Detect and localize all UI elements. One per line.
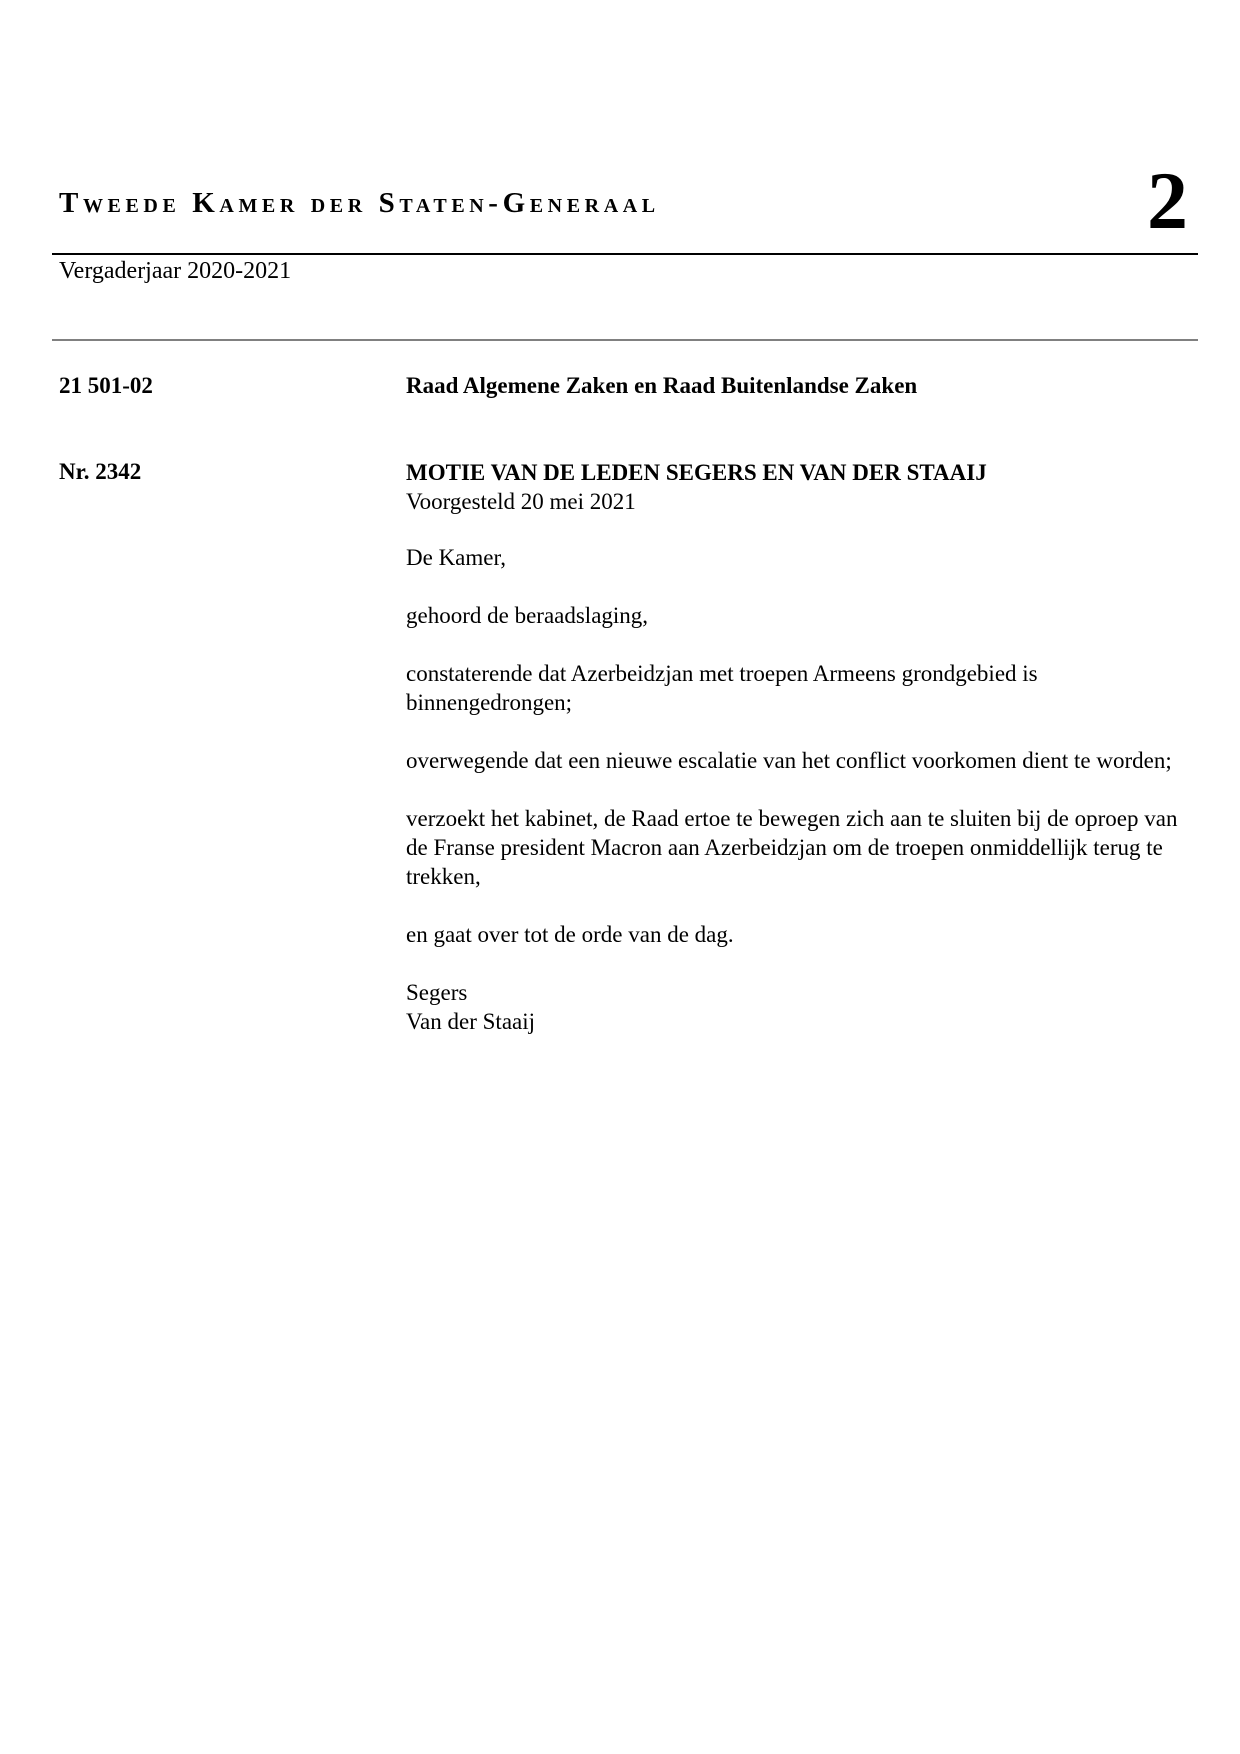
page-number: 2 (1147, 156, 1188, 246)
motion-paragraph: verzoekt het kabinet, de Raad ertoe te b… (406, 804, 1186, 891)
motion-paragraph: constaterende dat Azerbeidzjan met troep… (406, 659, 1186, 717)
motion-number: Nr. 2342 (59, 458, 141, 486)
motion-paragraph: De Kamer, (406, 543, 1186, 572)
signatory: Segers (406, 978, 1186, 1007)
motion-title: MOTIE VAN DE LEDEN SEGERS EN VAN DER STA… (406, 458, 1186, 487)
motion-paragraph: overwegende dat een nieuwe escalatie van… (406, 746, 1186, 775)
header-divider (52, 253, 1198, 255)
session-year: Vergaderjaar 2020-2021 (59, 257, 291, 285)
motion-paragraph: en gaat over tot de orde van de dag. (406, 920, 1186, 949)
motion-paragraph: gehoord de beraadslaging, (406, 601, 1186, 630)
dossier-title: Raad Algemene Zaken en Raad Buitenlandse… (406, 372, 917, 400)
signatory: Van der Staaij (406, 1007, 1186, 1036)
organization-name: Tweede Kamer der Staten-Generaal (59, 186, 660, 220)
motion-body: MOTIE VAN DE LEDEN SEGERS EN VAN DER STA… (406, 458, 1186, 1036)
dossier-number: 21 501-02 (59, 372, 153, 400)
section-divider (52, 339, 1198, 341)
proposed-date: Voorgesteld 20 mei 2021 (406, 487, 1186, 516)
